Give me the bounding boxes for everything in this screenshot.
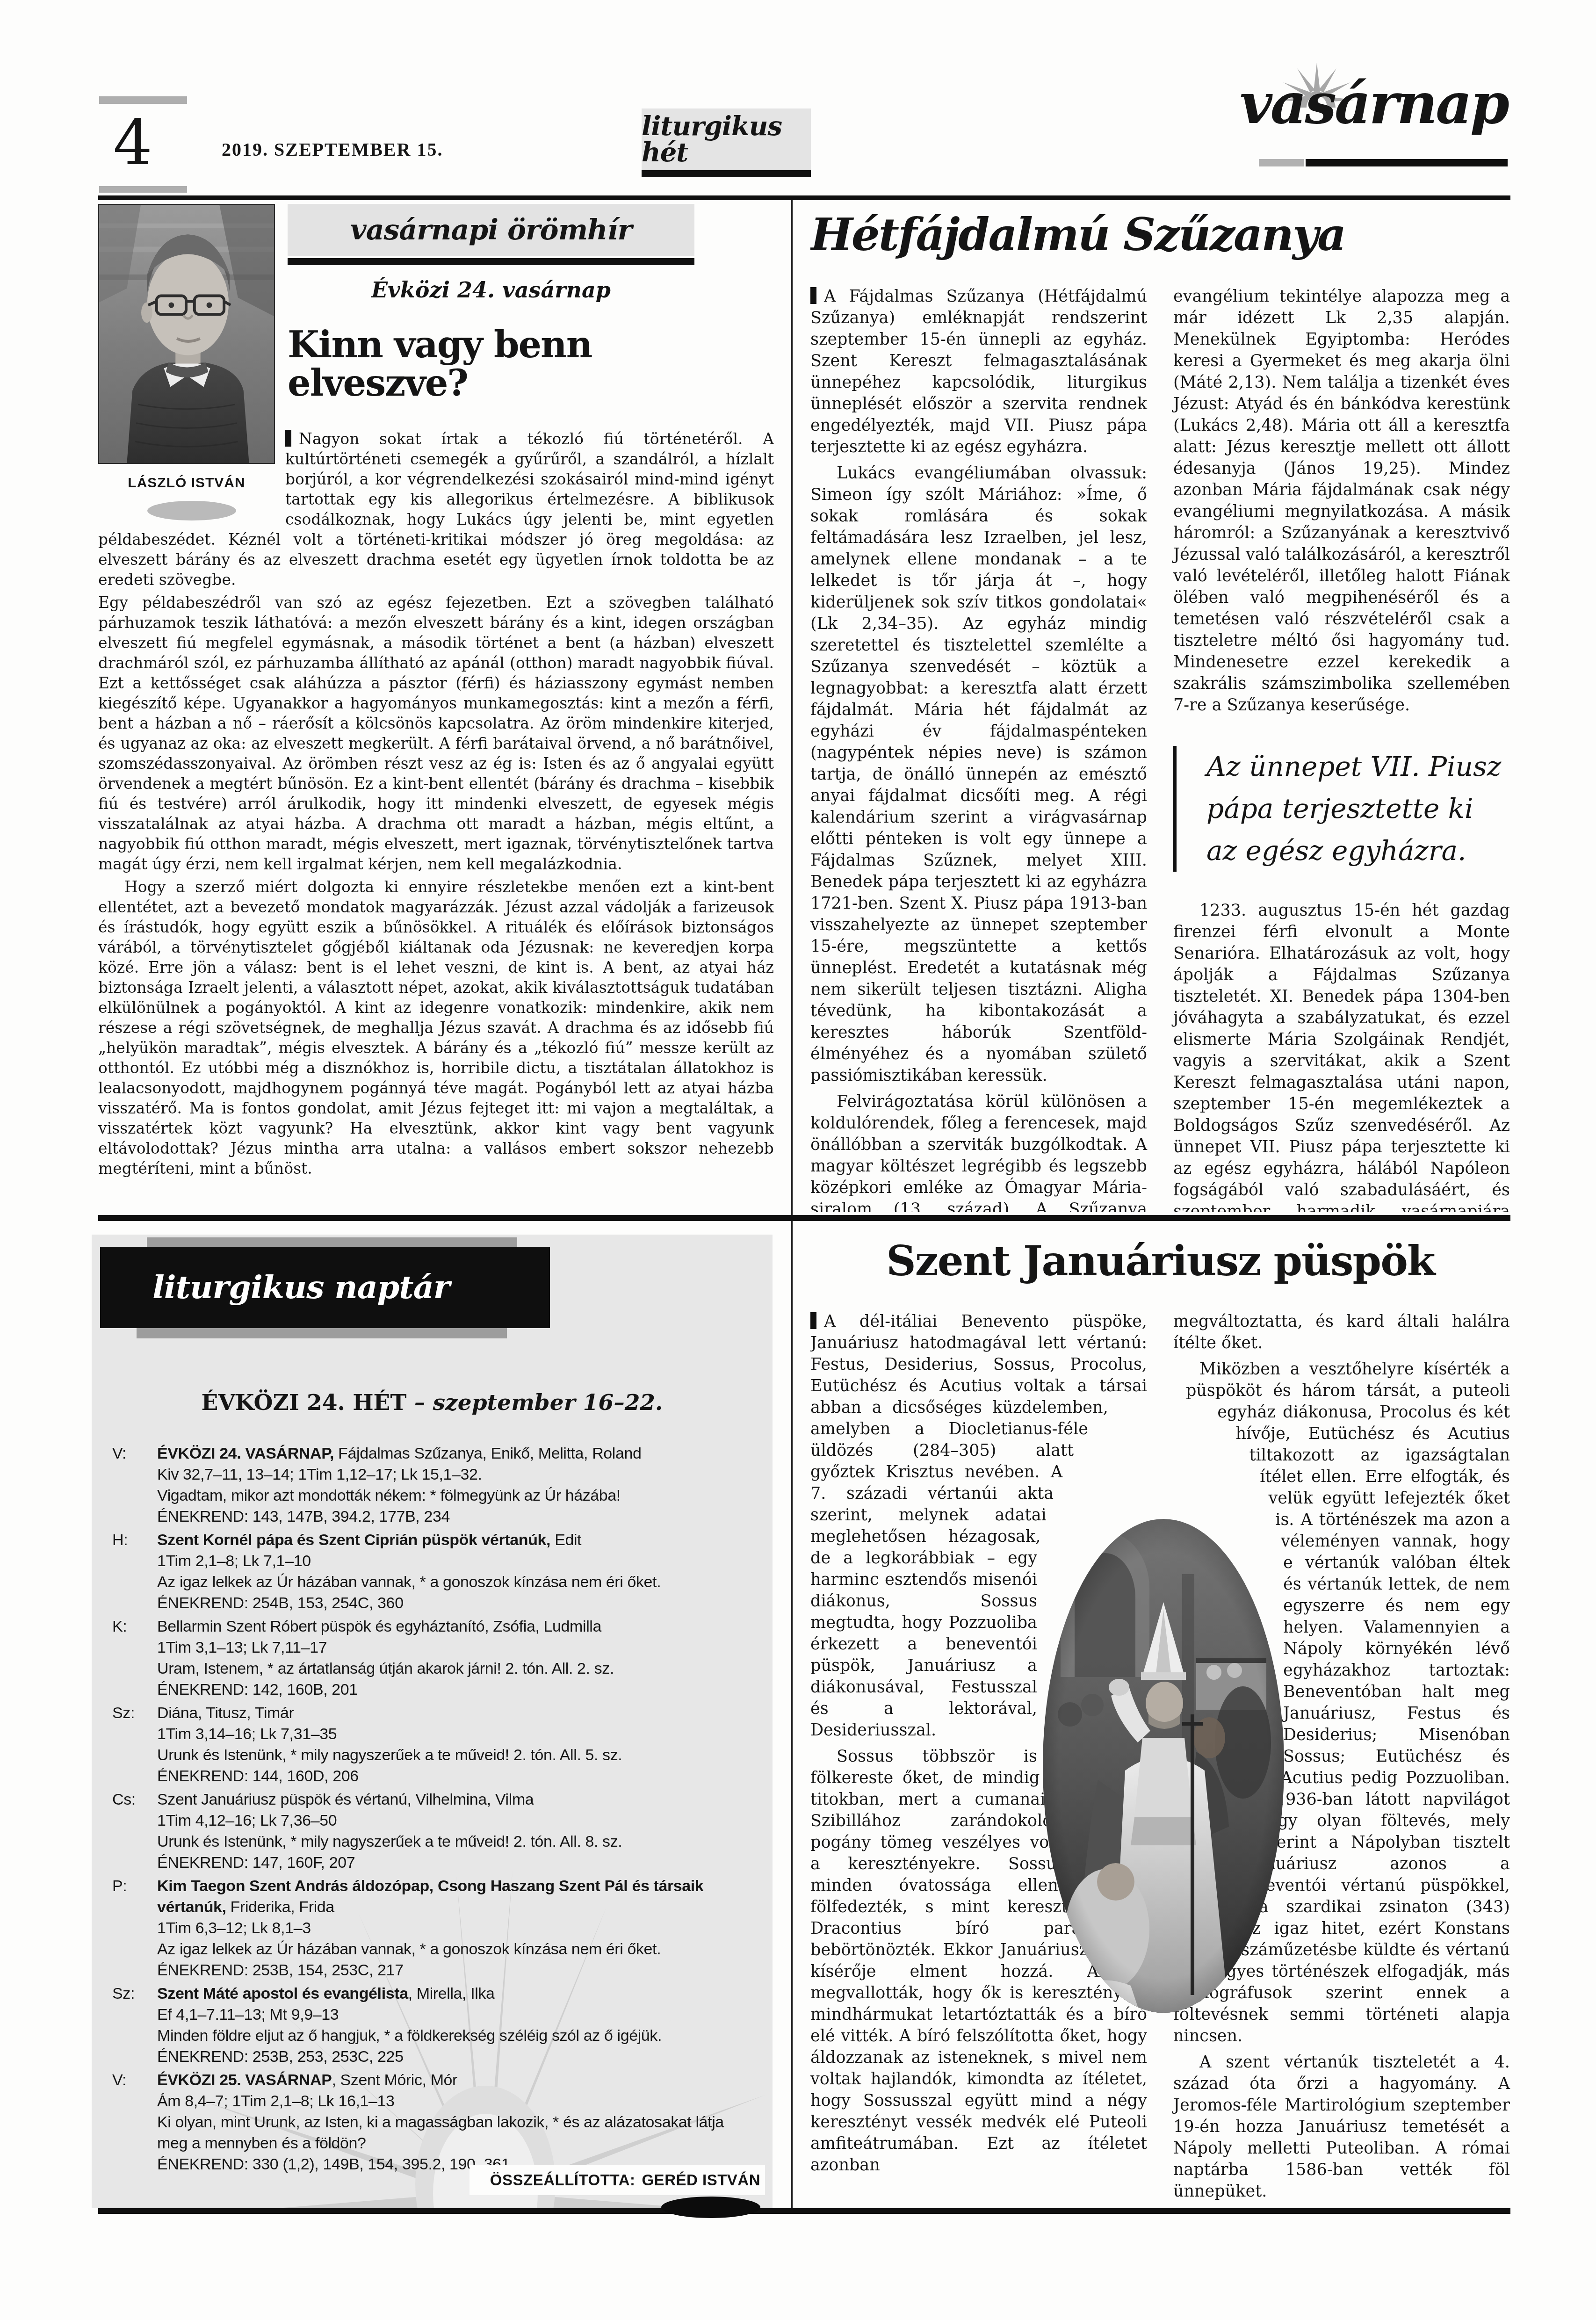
credit-label: ÖSSZEÁLLÍTOTTA:	[490, 2171, 636, 2189]
day-abbrev: V:	[112, 2070, 157, 2175]
feast-title: Szent Máté apostol és evangélista	[157, 1985, 408, 2002]
day-abbrev: K:	[112, 1616, 157, 1700]
black-bar-marker	[810, 287, 816, 304]
black-bar-marker	[285, 430, 291, 447]
header-rule	[98, 195, 1510, 200]
calendar-week-label: ÉVKÖZI 24. HÉT	[202, 1390, 407, 1416]
liturgical-calendar-panel: liturgikus naptár ÉVKÖZI 24. HÉT – szept…	[92, 1235, 773, 2208]
sorrows-column-1: A Fájdalmas Szűzanya (Hétfájdalmú Szűzan…	[810, 286, 1147, 1212]
readings-line: Kiv 32,7–11, 13–14; 1Tim 1,12–17; Lk 15,…	[157, 1464, 756, 1485]
author-caption: LÁSZLÓ ISTVÁN	[98, 475, 275, 491]
masthead: vasárnap	[1235, 60, 1511, 177]
ellipse-decoration	[661, 2197, 760, 2218]
bottom-rule	[98, 2208, 1510, 2214]
calendar-kicker: liturgikus naptár	[152, 1272, 450, 1303]
calendar-entry-saturday: Sz: Szent Máté apostol és evangélista, M…	[112, 1983, 756, 2067]
antiphon-line: Vigadtam, mikor azt mondották nékem: * f…	[157, 1485, 756, 1506]
entry-lines: Szent Kornél pápa és Szent Ciprián püspö…	[157, 1530, 756, 1614]
calendar-week-heading: ÉVKÖZI 24. HÉT – szeptember 16–22.	[92, 1392, 773, 1414]
readings-line: 1Tim 2,1–8; Lk 7,1–10	[157, 1551, 756, 1572]
black-bar-marker	[810, 1312, 816, 1329]
feast-names: Bellarmin Szent Róbert püspök és egyházt…	[157, 1618, 601, 1635]
newspaper-page: 4 2019. SZEPTEMBER 15. liturgikus hét va…	[0, 0, 1596, 2320]
sorrows-paragraph-4: 1233. augusztus 15-én hét gazdag firenze…	[1173, 900, 1510, 1212]
masthead-title: vasárnap	[1240, 76, 1508, 132]
feast-line: Bellarmin Szent Róbert püspök és egyházt…	[157, 1616, 756, 1637]
portrait-image	[99, 205, 274, 463]
enekrend-line: ÉNEKREND: 253B, 253, 253C, 225	[157, 2046, 756, 2067]
entry-lines: ÉVKÖZI 25. VASÁRNAP, Szent Móric, Mór Ám…	[157, 2070, 756, 2175]
enekrend-line: ÉNEKREND: 147, 160F, 207	[157, 1852, 756, 1873]
sorrows-article: Hétfájdalmú Szűzanya A Fájdalmas Szűzany…	[810, 211, 1510, 1212]
feast-names: Diána, Titusz, Timár	[157, 1704, 294, 1722]
entry-lines: ÉVKÖZI 24. VASÁRNAP, Fájdalmas Szűzanya,…	[157, 1443, 756, 1527]
calendar-accent-bar-bottom	[137, 1328, 507, 1338]
pageno-bottom-bar	[99, 186, 187, 193]
pageno-top-bar	[99, 96, 187, 104]
januarius-title: Szent Januáriusz püspök	[810, 1238, 1510, 1284]
pull-quote: Az ünnepet VII. Piusz pápa terjesztette …	[1173, 746, 1510, 872]
feast-line: Szent Januáriusz püspök és vértanú, Vilh…	[157, 1789, 756, 1810]
sorrows-paragraph-3: Felvirágoztatása körül különösen a koldu…	[810, 1091, 1147, 1212]
enekrend-line: ÉNEKREND: 254B, 153, 254C, 360	[157, 1593, 756, 1614]
sorrows-title: Hétfájdalmú Szűzanya	[810, 211, 1510, 259]
readings-line: 1Tim 6,3–12; Lk 8,1–3	[157, 1918, 756, 1939]
calendar-week-dates: – szeptember 16–22.	[406, 1390, 663, 1416]
januarius-paragraph-4: A szent vértanúk tiszteletét a 4. század…	[1173, 2052, 1510, 2202]
feast-line: Kim Taegon Szent András áldozópap, Csong…	[157, 1876, 756, 1918]
readings-line: 1Tim 3,1–13; Lk 7,11–17	[157, 1637, 756, 1658]
gospel-article: LÁSZLÓ ISTVÁN vasárnapi örömhír Évközi 2…	[98, 204, 774, 1212]
credit-line: ÖSSZEÁLLÍTOTTA:GERÉD ISTVÁN	[469, 2165, 765, 2195]
feast-names: Szent Januáriusz püspök és vértanú, Vilh…	[157, 1791, 534, 1808]
enekrend-line: ÉNEKREND: 142, 160B, 201	[157, 1679, 756, 1700]
section-label: liturgikus hét	[642, 113, 811, 166]
bishop-painting	[1042, 1518, 1285, 2014]
article-headline: Kinn vagy benn elveszve?	[288, 326, 774, 403]
day-abbrev: V:	[112, 1443, 157, 1527]
author-photo-block: LÁSZLÓ ISTVÁN	[98, 204, 285, 520]
calendar-entry-sunday24: V: ÉVKÖZI 24. VASÁRNAP, Fájdalmas Szűzan…	[112, 1443, 756, 1527]
calendar-accent-bar-top	[147, 1237, 517, 1248]
gospel-paragraph-2: Egy példabeszédről van szó az egész feje…	[98, 593, 774, 874]
feast-names: Edit	[550, 1531, 581, 1549]
sorrows-paragraph-3-continued: evangélium tekintélye alapozza meg a már…	[1173, 286, 1510, 716]
section-underline	[642, 170, 811, 177]
section-header: liturgikus hét	[642, 108, 811, 170]
calendar-entry-thursday: Cs: Szent Januáriusz püspök és vértanú, …	[112, 1789, 756, 1873]
page-date: 2019. SZEPTEMBER 15.	[222, 140, 443, 159]
day-abbrev: Cs:	[112, 1789, 157, 1873]
kicker-label: vasárnapi örömhír	[350, 216, 632, 244]
feast-title: ÉVKÖZI 24. VASÁRNAP,	[157, 1445, 334, 1462]
calendar-entries: V: ÉVKÖZI 24. VASÁRNAP, Fájdalmas Szűzan…	[112, 1443, 756, 2177]
entry-lines: Szent Januáriusz püspök és vértanú, Vilh…	[157, 1789, 756, 1873]
antiphon-line: Ki olyan, mint Urunk, az Isten, ki a mag…	[157, 2112, 756, 2154]
middle-rule	[98, 1215, 1510, 1221]
readings-line: Ám 8,4–7; 1Tim 2,1–8; Lk 16,1–13	[157, 2091, 756, 2112]
enekrend-line: ÉNEKREND: 144, 160D, 206	[157, 1766, 756, 1787]
feast-line: Diána, Titusz, Timár	[157, 1703, 756, 1724]
day-abbrev: H:	[112, 1530, 157, 1614]
calendar-entry-friday: P: Kim Taegon Szent András áldozópap, Cs…	[112, 1876, 756, 1981]
antiphon-line: Az igaz lelkek az Úr házában vannak, * a…	[157, 1572, 756, 1593]
readings-line: 1Tim 4,12–16; Lk 7,36–50	[157, 1810, 756, 1831]
feast-line: ÉVKÖZI 25. VASÁRNAP, Szent Móric, Mór	[157, 2070, 756, 2091]
feast-names: Friderika, Frida	[226, 1898, 334, 1916]
entry-lines: Diána, Titusz, Timár 1Tim 3,14–16; Lk 7,…	[157, 1703, 756, 1787]
page-number: 4	[113, 112, 152, 174]
calendar-entry-tuesday: K: Bellarmin Szent Róbert püspök és egyh…	[112, 1616, 756, 1700]
januarius-paragraph-2-continued: megváltoztatta, és kard általi halálra í…	[1173, 1311, 1510, 1354]
sorrows-columns: A Fájdalmas Szűzanya (Hétfájdalmú Szűzan…	[810, 286, 1510, 1212]
feast-names: Fájdalmas Szűzanya, Enikő, Melitta, Rola…	[334, 1445, 641, 1462]
entry-lines: Kim Taegon Szent András áldozópap, Csong…	[157, 1876, 756, 1981]
kicker-underline	[288, 258, 694, 265]
calendar-entry-monday: H: Szent Kornél pápa és Szent Ciprián pü…	[112, 1530, 756, 1614]
sorrows-paragraph-1: A Fájdalmas Szűzanya (Hétfájdalmú Szűzan…	[810, 286, 1147, 458]
feast-line: Szent Kornél pápa és Szent Ciprián püspö…	[157, 1530, 756, 1551]
sorrows-paragraph-2: Lukács evangéliumában olvassuk: Simeon í…	[810, 463, 1147, 1086]
feast-names: , Szent Móric, Mór	[332, 2071, 457, 2089]
feast-line: Szent Máté apostol és evangélista, Mirel…	[157, 1983, 756, 2004]
gospel-article-header: vasárnapi örömhír Évközi 24. vasárnap Ki…	[288, 204, 774, 403]
antiphon-line: Uram, Istenem, * az ártatlanság útján ak…	[157, 1658, 756, 1679]
saint-painting-image	[1042, 1518, 1285, 2014]
author-photo	[98, 204, 275, 464]
kicker-box: vasárnapi örömhír	[288, 204, 694, 256]
masthead-underline-gray	[1259, 159, 1304, 166]
antiphon-line: Az igaz lelkek az Úr házában vannak, * a…	[157, 1939, 756, 1960]
feast-line: ÉVKÖZI 24. VASÁRNAP, Fájdalmas Szűzanya,…	[157, 1443, 756, 1464]
entry-lines: Bellarmin Szent Róbert püspök és egyházt…	[157, 1616, 756, 1700]
sorrows-column-2: evangélium tekintélye alapozza meg a már…	[1173, 286, 1510, 1212]
photo-ellipse-decoration	[147, 501, 236, 520]
antiphon-line: Urunk és Istenünk, * mily nagyszerűek a …	[157, 1745, 756, 1766]
article-subtitle: Évközi 24. vasárnap	[288, 279, 694, 301]
calendar-kicker-box: liturgikus naptár	[100, 1247, 550, 1328]
readings-line: Ef 4,1–7.11–13; Mt 9,9–13	[157, 2004, 756, 2025]
feast-names: , Mirella, Ilka	[408, 1985, 495, 2002]
enekrend-line: ÉNEKREND: 253B, 154, 253C, 217	[157, 1960, 756, 1981]
calendar-entry-sunday25: V: ÉVKÖZI 25. VASÁRNAP, Szent Móric, Mór…	[112, 2070, 756, 2175]
gospel-paragraph-3: Hogy a szerző miért dolgozta ki ennyire …	[98, 877, 774, 1178]
readings-line: 1Tim 3,14–16; Lk 7,31–35	[157, 1724, 756, 1745]
entry-lines: Szent Máté apostol és evangélista, Mirel…	[157, 1983, 756, 2067]
masthead-underline-black	[1306, 159, 1508, 166]
day-abbrev: Sz:	[112, 1983, 157, 2067]
column-divider	[791, 200, 793, 2208]
credit-name: GERÉD ISTVÁN	[642, 2171, 760, 2189]
feast-title: Szent Kornél pápa és Szent Ciprián püspö…	[157, 1531, 550, 1549]
enekrend-line: ÉNEKREND: 143, 147B, 394.2, 177B, 234	[157, 1506, 756, 1527]
antiphon-line: Urunk és Istenünk, * mily nagyszerűek a …	[157, 1831, 756, 1852]
calendar-entry-wednesday: Sz: Diána, Titusz, Timár 1Tim 3,14–16; L…	[112, 1703, 756, 1787]
antiphon-line: Minden földre eljut az ő hangjuk, * a fö…	[157, 2025, 756, 2046]
feast-title: ÉVKÖZI 25. VASÁRNAP	[157, 2071, 332, 2089]
paragraph-text: A Fájdalmas Szűzanya (Hétfájdalmú Szűzan…	[810, 287, 1147, 456]
day-abbrev: P:	[112, 1876, 157, 1981]
day-abbrev: Sz:	[112, 1703, 157, 1787]
